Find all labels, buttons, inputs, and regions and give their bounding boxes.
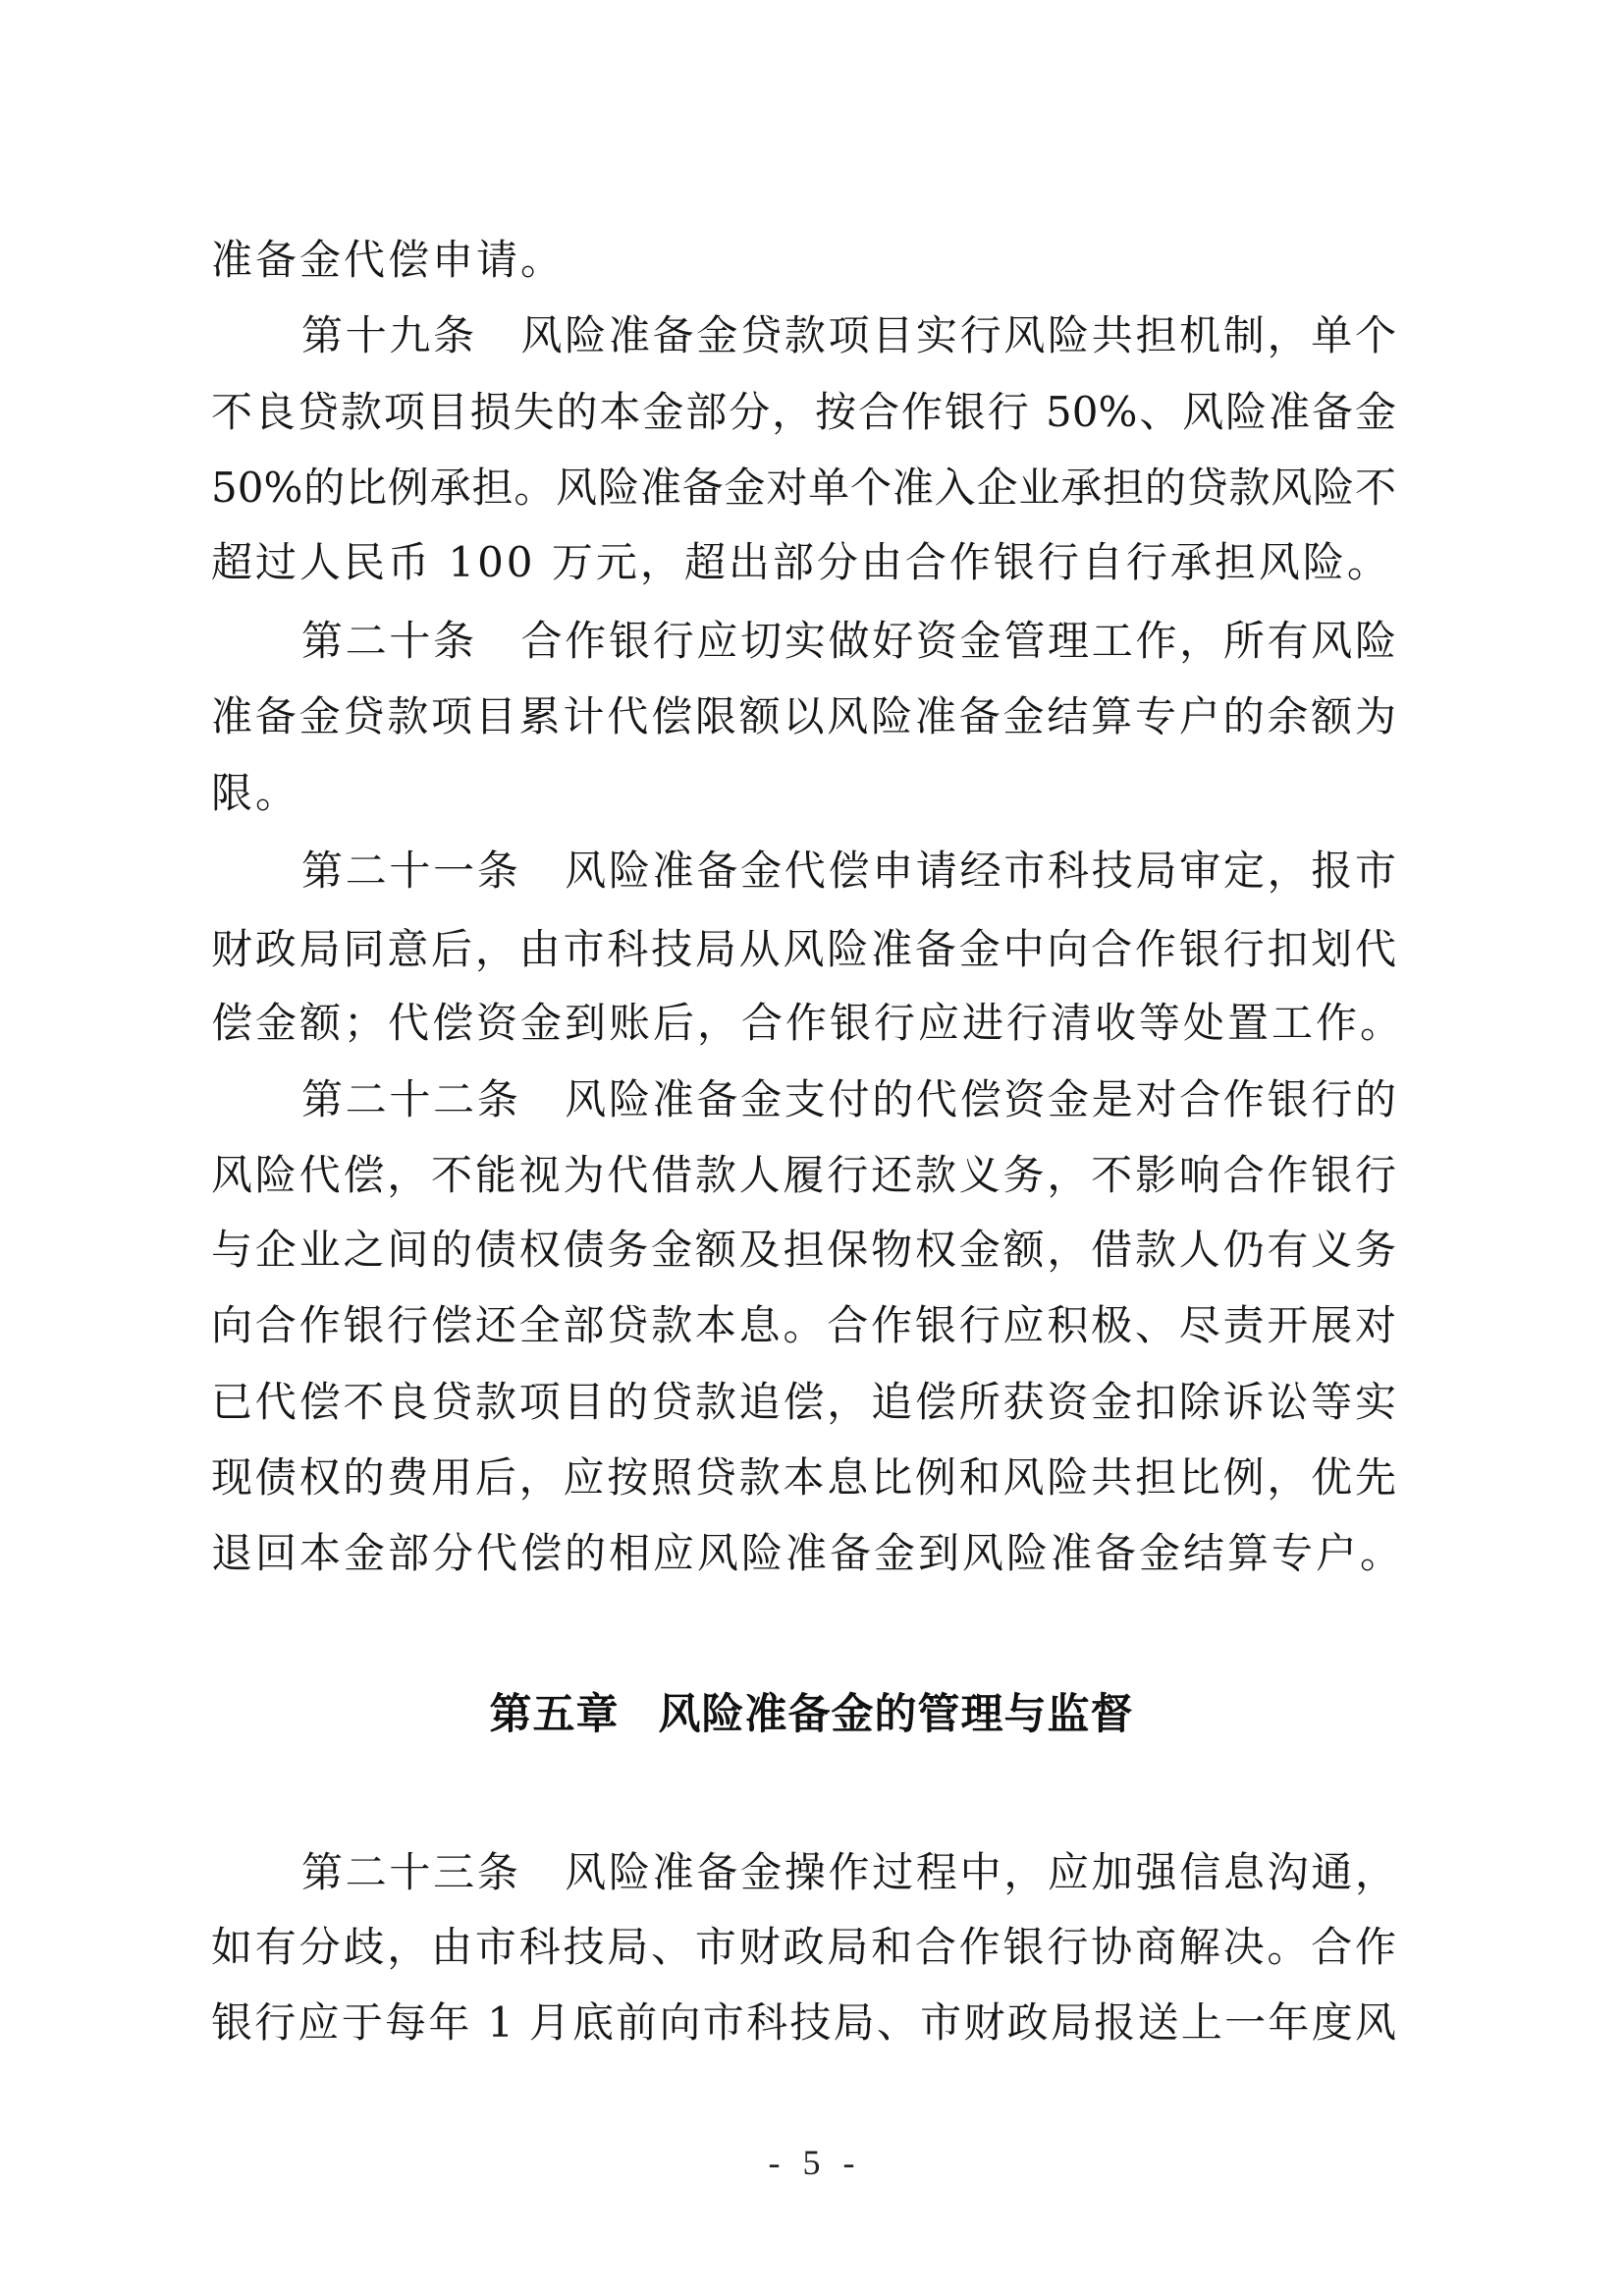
chapter-title: 风险准备金的管理与监督 bbox=[659, 1690, 1134, 1739]
article-20-line-2: 准备金贷款项目累计代偿限额以风险准备金结算专户的余额为 bbox=[211, 689, 1396, 744]
article-21-line-3: 偿金额；代偿资金到账后，合作银行应进行清收等处置工作。 bbox=[211, 996, 1396, 1051]
article-22-line-4: 向合作银行偿还全部贷款本息。合作银行应积极、尽责开展对 bbox=[211, 1298, 1396, 1353]
article-21-line-2: 财政局同意后，由市科技局从风险准备金中向合作银行扣划代 bbox=[211, 922, 1396, 977]
article-19-line-1: 第十九条 风险准备金贷款项目实行风险共担机制，单个 bbox=[301, 308, 1396, 363]
article-23-line-1: 第二十三条 风险准备金操作过程中，应加强信息沟通， bbox=[301, 1845, 1396, 1900]
article-22-line-6: 现债权的费用后，应按照贷款本息比例和风险共担比例，优先 bbox=[211, 1450, 1396, 1505]
article-20-line-3: 限。 bbox=[211, 766, 1396, 821]
article-22-line-2: 风险代偿，不能视为代借款人履行还款义务，不影响合作银行 bbox=[211, 1148, 1396, 1203]
text-line-1: 准备金代偿申请。 bbox=[211, 233, 1396, 288]
chapter-number: 第五章 bbox=[490, 1690, 620, 1739]
article-20-line-1: 第二十条 合作银行应切实做好资金管理工作，所有风险 bbox=[301, 614, 1396, 669]
chapter-heading: 第五章风险准备金的管理与监督 bbox=[0, 1685, 1623, 1744]
article-19-line-3: 50%的比例承担。风险准备金对单个准入企业承担的贷款风险不 bbox=[211, 461, 1396, 516]
article-22-line-5: 已代偿不良贷款项目的贷款追偿，追偿所获资金扣除诉讼等实 bbox=[211, 1375, 1396, 1430]
article-19-line-4: 超过人民币 100 万元，超出部分由合作银行自行承担风险。 bbox=[211, 535, 1396, 590]
article-19-line-2: 不良贷款项目损失的本金部分，按合作银行 50%、风险准备金 bbox=[211, 385, 1396, 440]
article-23-line-2: 如有分歧，由市科技局、市财政局和合作银行协商解决。合作 bbox=[211, 1920, 1396, 1975]
document-page: 准备金代偿申请。 第十九条 风险准备金贷款项目实行风险共担机制，单个 不良贷款项… bbox=[0, 0, 1623, 2296]
article-23-line-3: 银行应于每年 1 月底前向市科技局、市财政局报送上一年度风 bbox=[211, 1995, 1396, 2050]
article-22-line-1: 第二十二条 风险准备金支付的代偿资金是对合作银行的 bbox=[301, 1072, 1396, 1127]
page-number: - 5 - bbox=[0, 2141, 1623, 2184]
article-22-line-7: 退回本金部分代偿的相应风险准备金到风险准备金结算专户。 bbox=[211, 1526, 1396, 1581]
article-21-line-1: 第二十一条 风险准备金代偿申请经市科技局审定，报市 bbox=[301, 844, 1396, 899]
article-22-line-3: 与企业之间的债权债务金额及担保物权金额，借款人仍有义务 bbox=[211, 1223, 1396, 1278]
